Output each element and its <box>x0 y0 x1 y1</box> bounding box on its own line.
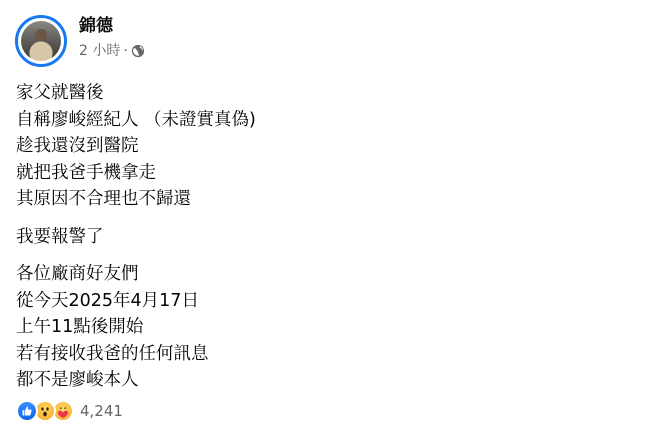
text-line: 從今天2025年4月17日 <box>16 288 256 315</box>
post-header: 錦德 2 小時 · <box>15 15 145 67</box>
text-line: 上午11點後開始 <box>16 314 256 341</box>
text-line: 趁我還沒到醫院 <box>16 133 256 160</box>
avatar[interactable] <box>15 15 67 67</box>
facebook-post: 錦德 2 小時 · 家父就醫後 自稱廖峻經紀人 （未證實真偽) 趁我還沒到醫院 … <box>0 0 656 432</box>
text-line: 家父就醫後 <box>16 80 256 107</box>
text-line: 若有接收我爸的任何訊息 <box>16 341 256 368</box>
paragraph-2: 我要報警了 <box>16 224 256 251</box>
post-meta: 錦德 2 小時 · <box>79 15 145 60</box>
post-body: 家父就醫後 自稱廖峻經紀人 （未證實真偽) 趁我還沒到醫院 就把我爸手機拿走 其… <box>16 80 256 405</box>
text-line: 各位廠商好友們 <box>16 261 256 288</box>
text-line: 自稱廖峻經紀人 （未證實真偽) <box>16 107 256 134</box>
separator-dot: · <box>123 42 127 60</box>
text-line: 都不是廖峻本人 <box>16 367 256 394</box>
author-name[interactable]: 錦德 <box>79 15 145 37</box>
text-line: 就把我爸手機拿走 <box>16 160 256 187</box>
reaction-count[interactable]: 4,241 <box>80 402 123 420</box>
avatar-image <box>21 21 61 61</box>
paragraph-3: 各位廠商好友們 從今天2025年4月17日 上午11點後開始 若有接收我爸的任何… <box>16 261 256 394</box>
text-line: 我要報警了 <box>16 224 256 251</box>
paragraph-1: 家父就醫後 自稱廖峻經紀人 （未證實真偽) 趁我還沒到醫院 就把我爸手機拿走 其… <box>16 80 256 213</box>
like-icon <box>16 400 38 422</box>
post-subline: 2 小時 · <box>79 42 145 60</box>
post-time[interactable]: 2 小時 <box>79 42 120 60</box>
text-line: 其原因不合理也不歸還 <box>16 186 256 213</box>
reactions-summary[interactable]: 4,241 <box>16 400 123 422</box>
globe-icon[interactable] <box>131 44 145 58</box>
